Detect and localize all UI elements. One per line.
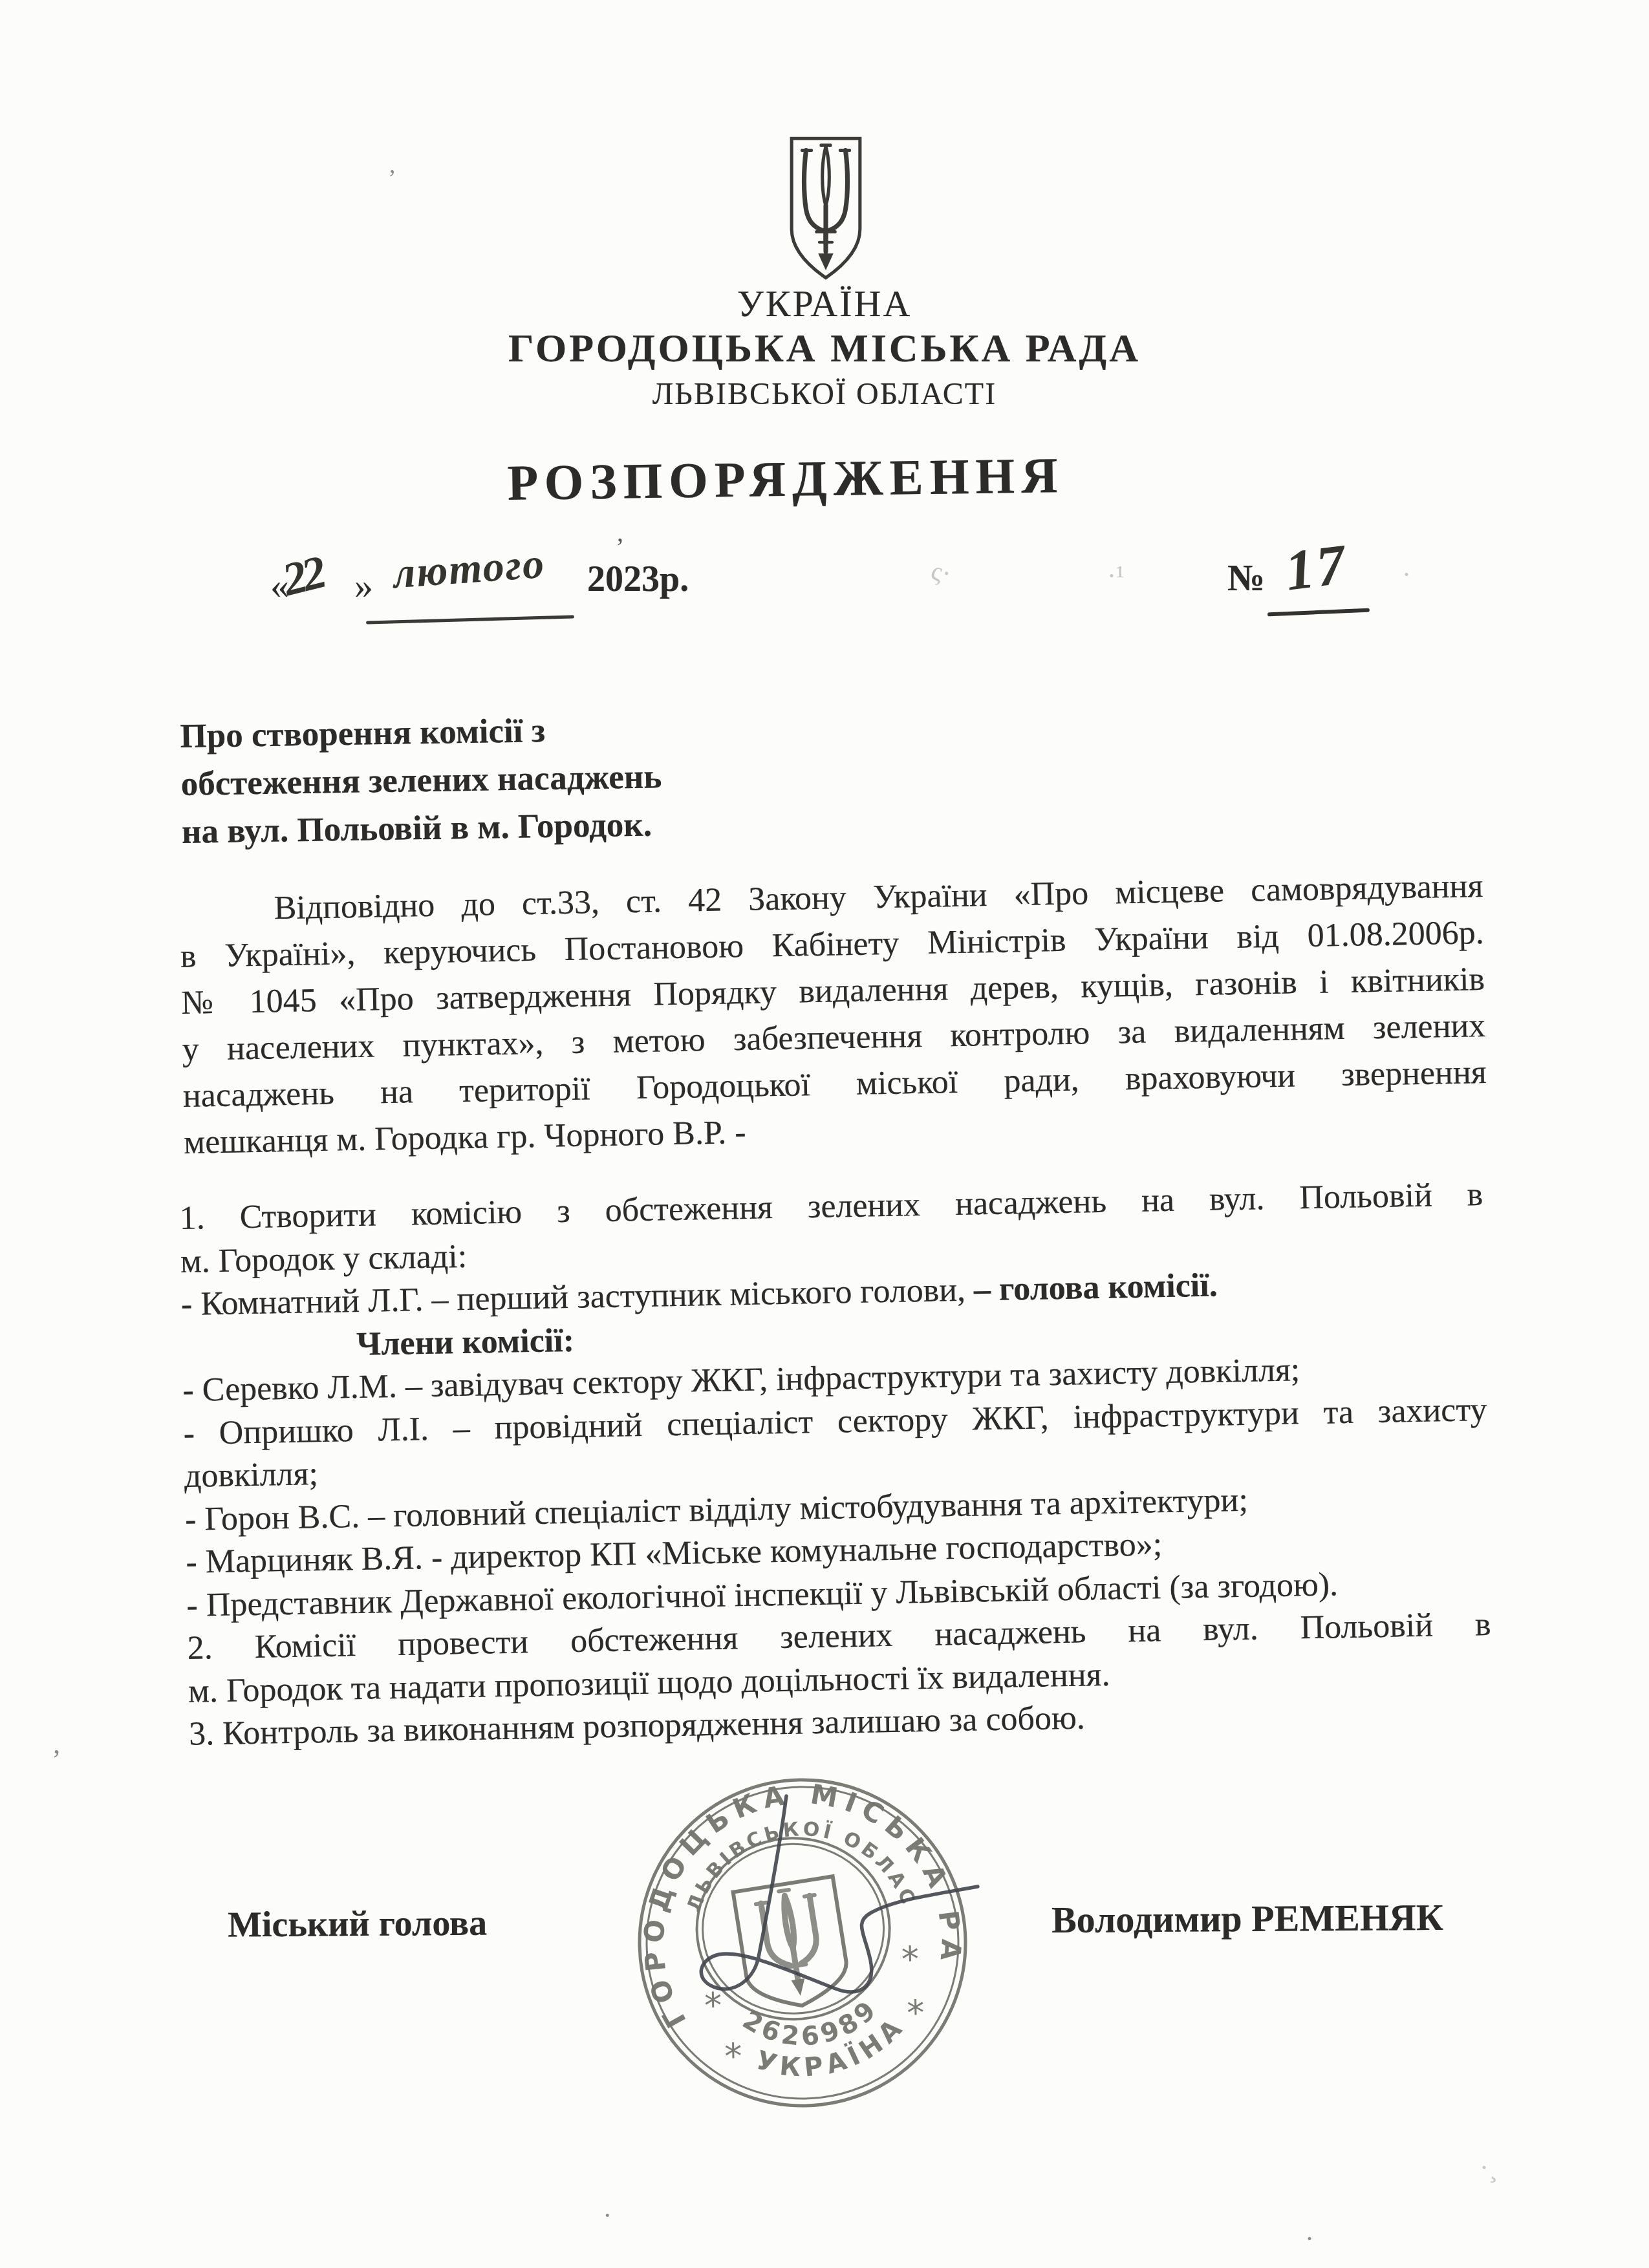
subject-block: Про створення комісії з обстеження зелен… [180,705,663,856]
month-underline [366,615,574,625]
handwritten-month: лютого [392,539,547,599]
number-underline [1267,608,1370,617]
scan-artifact: · [1305,2224,1314,2255]
signer-name: Володимир РЕМЕНЯК [1051,1896,1443,1942]
region-name: ЛЬВІВСЬКОЇ ОБЛАСТІ [0,376,1649,412]
intro-paragraph: Відповідно до ст.33, ст. 42 Закону Украї… [179,863,1488,1166]
subject-line: обстеження зелених насаджень [180,753,662,808]
scan-artifact: ’ [616,531,624,562]
document-title: РОЗПОРЯДЖЕННЯ [0,439,1572,519]
scan-artifact: ‚ [52,1728,61,1760]
country-name: УКРАЇНА [0,282,1649,325]
subject-line: на вул. Польовій в м. Городок. [181,800,663,856]
document-year: 2023р. [587,559,689,600]
scan-artifact: ·¹ [1107,561,1125,592]
scan-artifact: · [1402,560,1411,591]
scan-artifact: ·¸ [1480,2153,1498,2184]
council-name: ГОРОДОЦЬКА МІСЬКА РАДА [0,326,1649,372]
scan-artifact: . [604,2193,611,2224]
scanned-document-page: УКРАЇНА ГОРОДОЦЬКА МІСЬКА РАДА ЛЬВІВСЬКО… [0,0,1649,2268]
order-items: 1. Створити комісію з обстеження зелених… [179,1173,1493,1756]
number-sign: № [1227,556,1265,599]
chair-role-bold: – голова комісії. [973,1267,1218,1309]
subject-line: Про створення комісії з [180,705,662,760]
pen-signature [647,1765,1035,2037]
date-close-quote: » [354,564,373,607]
handwritten-number: 17 [1282,532,1352,604]
scan-artifact: ’ [388,164,396,193]
scan-artifact: ς· [928,555,954,590]
trident-emblem [785,133,867,283]
stamp-star: * [724,2036,742,2077]
signer-position: Міський голова [228,1903,488,1946]
